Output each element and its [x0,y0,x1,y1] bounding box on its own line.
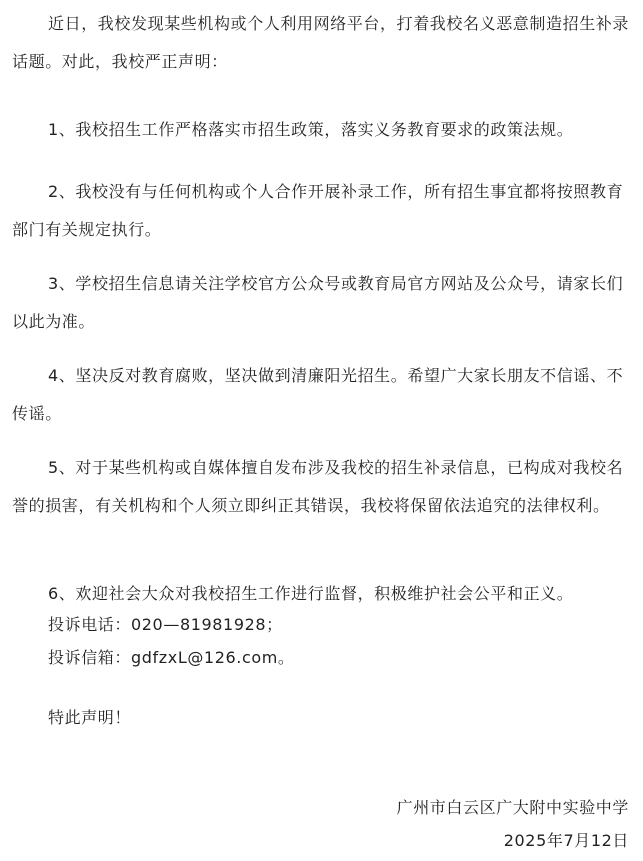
item-4: 4、坚决反对教育腐败，坚决做到清廉阳光招生。希望广大家长朋友不信谣、不传谣。 [12,357,630,433]
statement-document: 近日，我校发现某些机构或个人利用网络平台，打着我校名义恶意制造招生补录话题。对此… [0,0,643,861]
item-2: 2、我校没有与任何机构或个人合作开展补录工作，所有招生事宜都将按照教育部门有关规… [12,173,630,249]
signature-date: 2025年7月12日 [504,828,629,854]
complaint-phone: 投诉电话：020—81981928； [48,612,283,638]
complaint-email: 投诉信箱：gdfzxL@126.com。 [48,645,295,671]
item-3: 3、学校招生信息请关注学校官方公众号或教育局官方网站及公众号，请家长们以此为准。 [12,265,630,341]
item-1: 1、我校招生工作严格落实市招生政策，落实义务教育要求的政策法规。 [12,111,630,149]
closing-statement: 特此声明！ [48,705,131,731]
signature-organization: 广州市白云区广大附中实验中学 [397,795,629,821]
item-5: 5、对于某些机构或自媒体擅自发布涉及我校的招生补录信息，已构成对我校名誉的损害，… [12,449,630,525]
item-6: 6、欢迎社会大众对我校招生工作进行监督，积极维护社会公平和正义。 [48,581,573,607]
intro-paragraph: 近日，我校发现某些机构或个人利用网络平台，打着我校名义恶意制造招生补录话题。对此… [12,5,630,81]
